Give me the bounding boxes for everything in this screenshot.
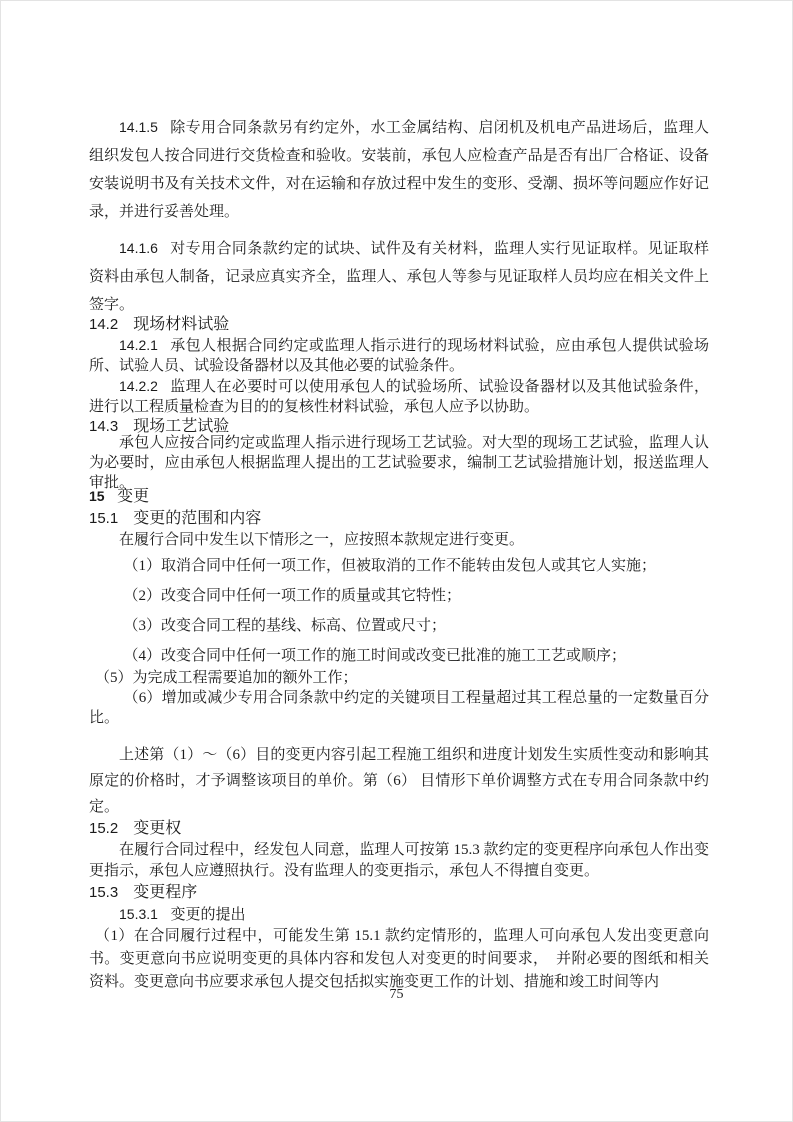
section-number: 15.2 [89, 820, 118, 837]
clause-14-2-2: 14.2.2监理人在必要时可以使用承包人的试验场所、试验设备器材以及其他试验条件… [89, 376, 709, 417]
item-text: （3）改变合同工程的基线、标高、位置或尺寸； [124, 618, 447, 634]
chapter-heading-15: 15变更 [89, 485, 709, 508]
list-item-3: （3）改变合同工程的基线、标高、位置或尺寸； [89, 616, 709, 636]
item-text: （4）改变合同中任何一项工作的施工时间或改变已批准的施工工艺或顺序； [124, 648, 627, 664]
clause-14-1-5: 14.1.5除专用合同条款另有约定外，水工金属结构、启闭机及机电产品进场后，监理… [89, 113, 709, 226]
section-number: 14.2 [89, 316, 118, 333]
clause-text: 上述第（1）～（6）目的变更内容引起工程施工组织和进度计划发生实质性变动和影响其… [89, 747, 709, 815]
list-item-2: （2）改变合同中任何一项工作的质量或其它特性； [89, 586, 709, 606]
page-number: 75 [1, 987, 792, 1003]
item-text: （5）为完成工程需要追加的额外工作； [95, 670, 358, 686]
section-heading-15-1: 15.1变更的范围和内容 [89, 508, 709, 530]
clause-14-3-body: 承包人应按合同约定或监理人指示进行现场工艺试验。对大型的现场工艺试验，监理人认为… [89, 433, 709, 493]
clause-text: 监理人在必要时可以使用承包人的试验场所、试验设备器材以及其他试验条件，进行以工程… [89, 379, 709, 415]
section-number: 14.3 [89, 418, 118, 435]
list-item-5: （5）为完成工程需要追加的额外工作； [89, 668, 709, 688]
section-title: 变更程序 [133, 884, 197, 901]
clause-text: 承包人应按合同约定或监理人指示进行现场工艺试验。对大型的现场工艺试验，监理人认为… [89, 435, 709, 491]
section-title: 变更权 [133, 820, 181, 837]
clause-text: 在履行合同中发生以下情形之一，应按照本款规定进行变更。 [119, 532, 524, 548]
chapter-number: 15 [89, 488, 105, 504]
document-body: 14.1.5除专用合同条款另有约定外，水工金属结构、启闭机及机电产品进场后，监理… [89, 113, 709, 994]
clause-15-1-intro: 在履行合同中发生以下情形之一，应按照本款规定进行变更。 [89, 530, 709, 550]
clause-14-1-6: 14.1.6对专用合同条款约定的试块、试件及有关材料，监理人实行见证取样。见证取… [89, 234, 709, 319]
section-heading-15-2: 15.2变更权 [89, 818, 709, 840]
item-text: （6）增加或减少专用合同条款中约定的关键项目工程量超过其工程总量的一定数量百分比… [89, 690, 709, 726]
clause-14-2-1: 14.2.1承包人根据合同约定或监理人指示进行的现场材料试验，应由承包人提供试验… [89, 335, 709, 376]
item-text: （1）取消合同中任何一项工作，但被取消的工作不能转由发包人或其它人实施； [124, 558, 657, 574]
clause-text: 承包人根据合同约定或监理人指示进行的现场材料试验，应由承包人提供试验场所、试验人… [89, 338, 709, 374]
subclause-15-3-1: 15.3.1变更的提出 [89, 904, 709, 925]
section-heading-14-2: 14.2现场材料试验 [89, 315, 709, 335]
section-number: 15.1 [89, 510, 118, 527]
document-page: 14.1.5除专用合同条款另有约定外，水工金属结构、启闭机及机电产品进场后，监理… [0, 0, 793, 1122]
clause-text: 除专用合同条款另有约定外，水工金属结构、启闭机及机电产品进场后，监理人组织发包人… [89, 120, 709, 220]
list-item-1: （1）取消合同中任何一项工作，但被取消的工作不能转由发包人或其它人实施； [89, 556, 709, 576]
item-text: （2）改变合同中任何一项工作的质量或其它特性； [124, 588, 462, 604]
section-number: 15.3 [89, 884, 118, 901]
subclause-title: 变更的提出 [171, 907, 246, 923]
section-title: 变更的范围和内容 [133, 510, 261, 527]
chapter-title: 变更 [117, 488, 149, 505]
section-heading-15-3: 15.3变更程序 [89, 882, 709, 904]
clause-text: 对专用合同条款约定的试块、试件及有关材料，监理人实行见证取样。见证取样资料由承包… [89, 241, 709, 313]
clause-text: （1）在合同履行过程中，可能发生第 15.1 款约定情形的，监理人可向承包人发出… [89, 928, 709, 990]
subclause-number: 15.3.1 [119, 906, 158, 922]
list-item-4: （4）改变合同中任何一项工作的施工时间或改变已批准的施工工艺或顺序； [89, 646, 709, 666]
clause-number: 14.2.1 [119, 337, 158, 353]
clause-number: 14.2.2 [119, 378, 158, 394]
clause-15-2-body: 在履行合同过程中，经发包人同意，监理人可按第 15.3 款约定的变更程序向承包人… [89, 840, 709, 882]
clause-text: 在履行合同过程中，经发包人同意，监理人可按第 15.3 款约定的变更程序向承包人… [89, 842, 709, 879]
section-title: 现场材料试验 [133, 316, 229, 333]
clause-15-3-1-body: （1）在合同履行过程中，可能发生第 15.1 款约定情形的，监理人可向承包人发出… [89, 925, 709, 994]
clause-15-1-summary: 上述第（1）～（6）目的变更内容引起工程施工组织和进度计划发生实质性变动和影响其… [89, 742, 709, 820]
clause-number: 14.1.6 [119, 240, 158, 256]
clause-number: 14.1.5 [119, 119, 158, 135]
list-item-6: （6）增加或减少专用合同条款中约定的关键项目工程量超过其工程总量的一定数量百分比… [89, 688, 709, 728]
